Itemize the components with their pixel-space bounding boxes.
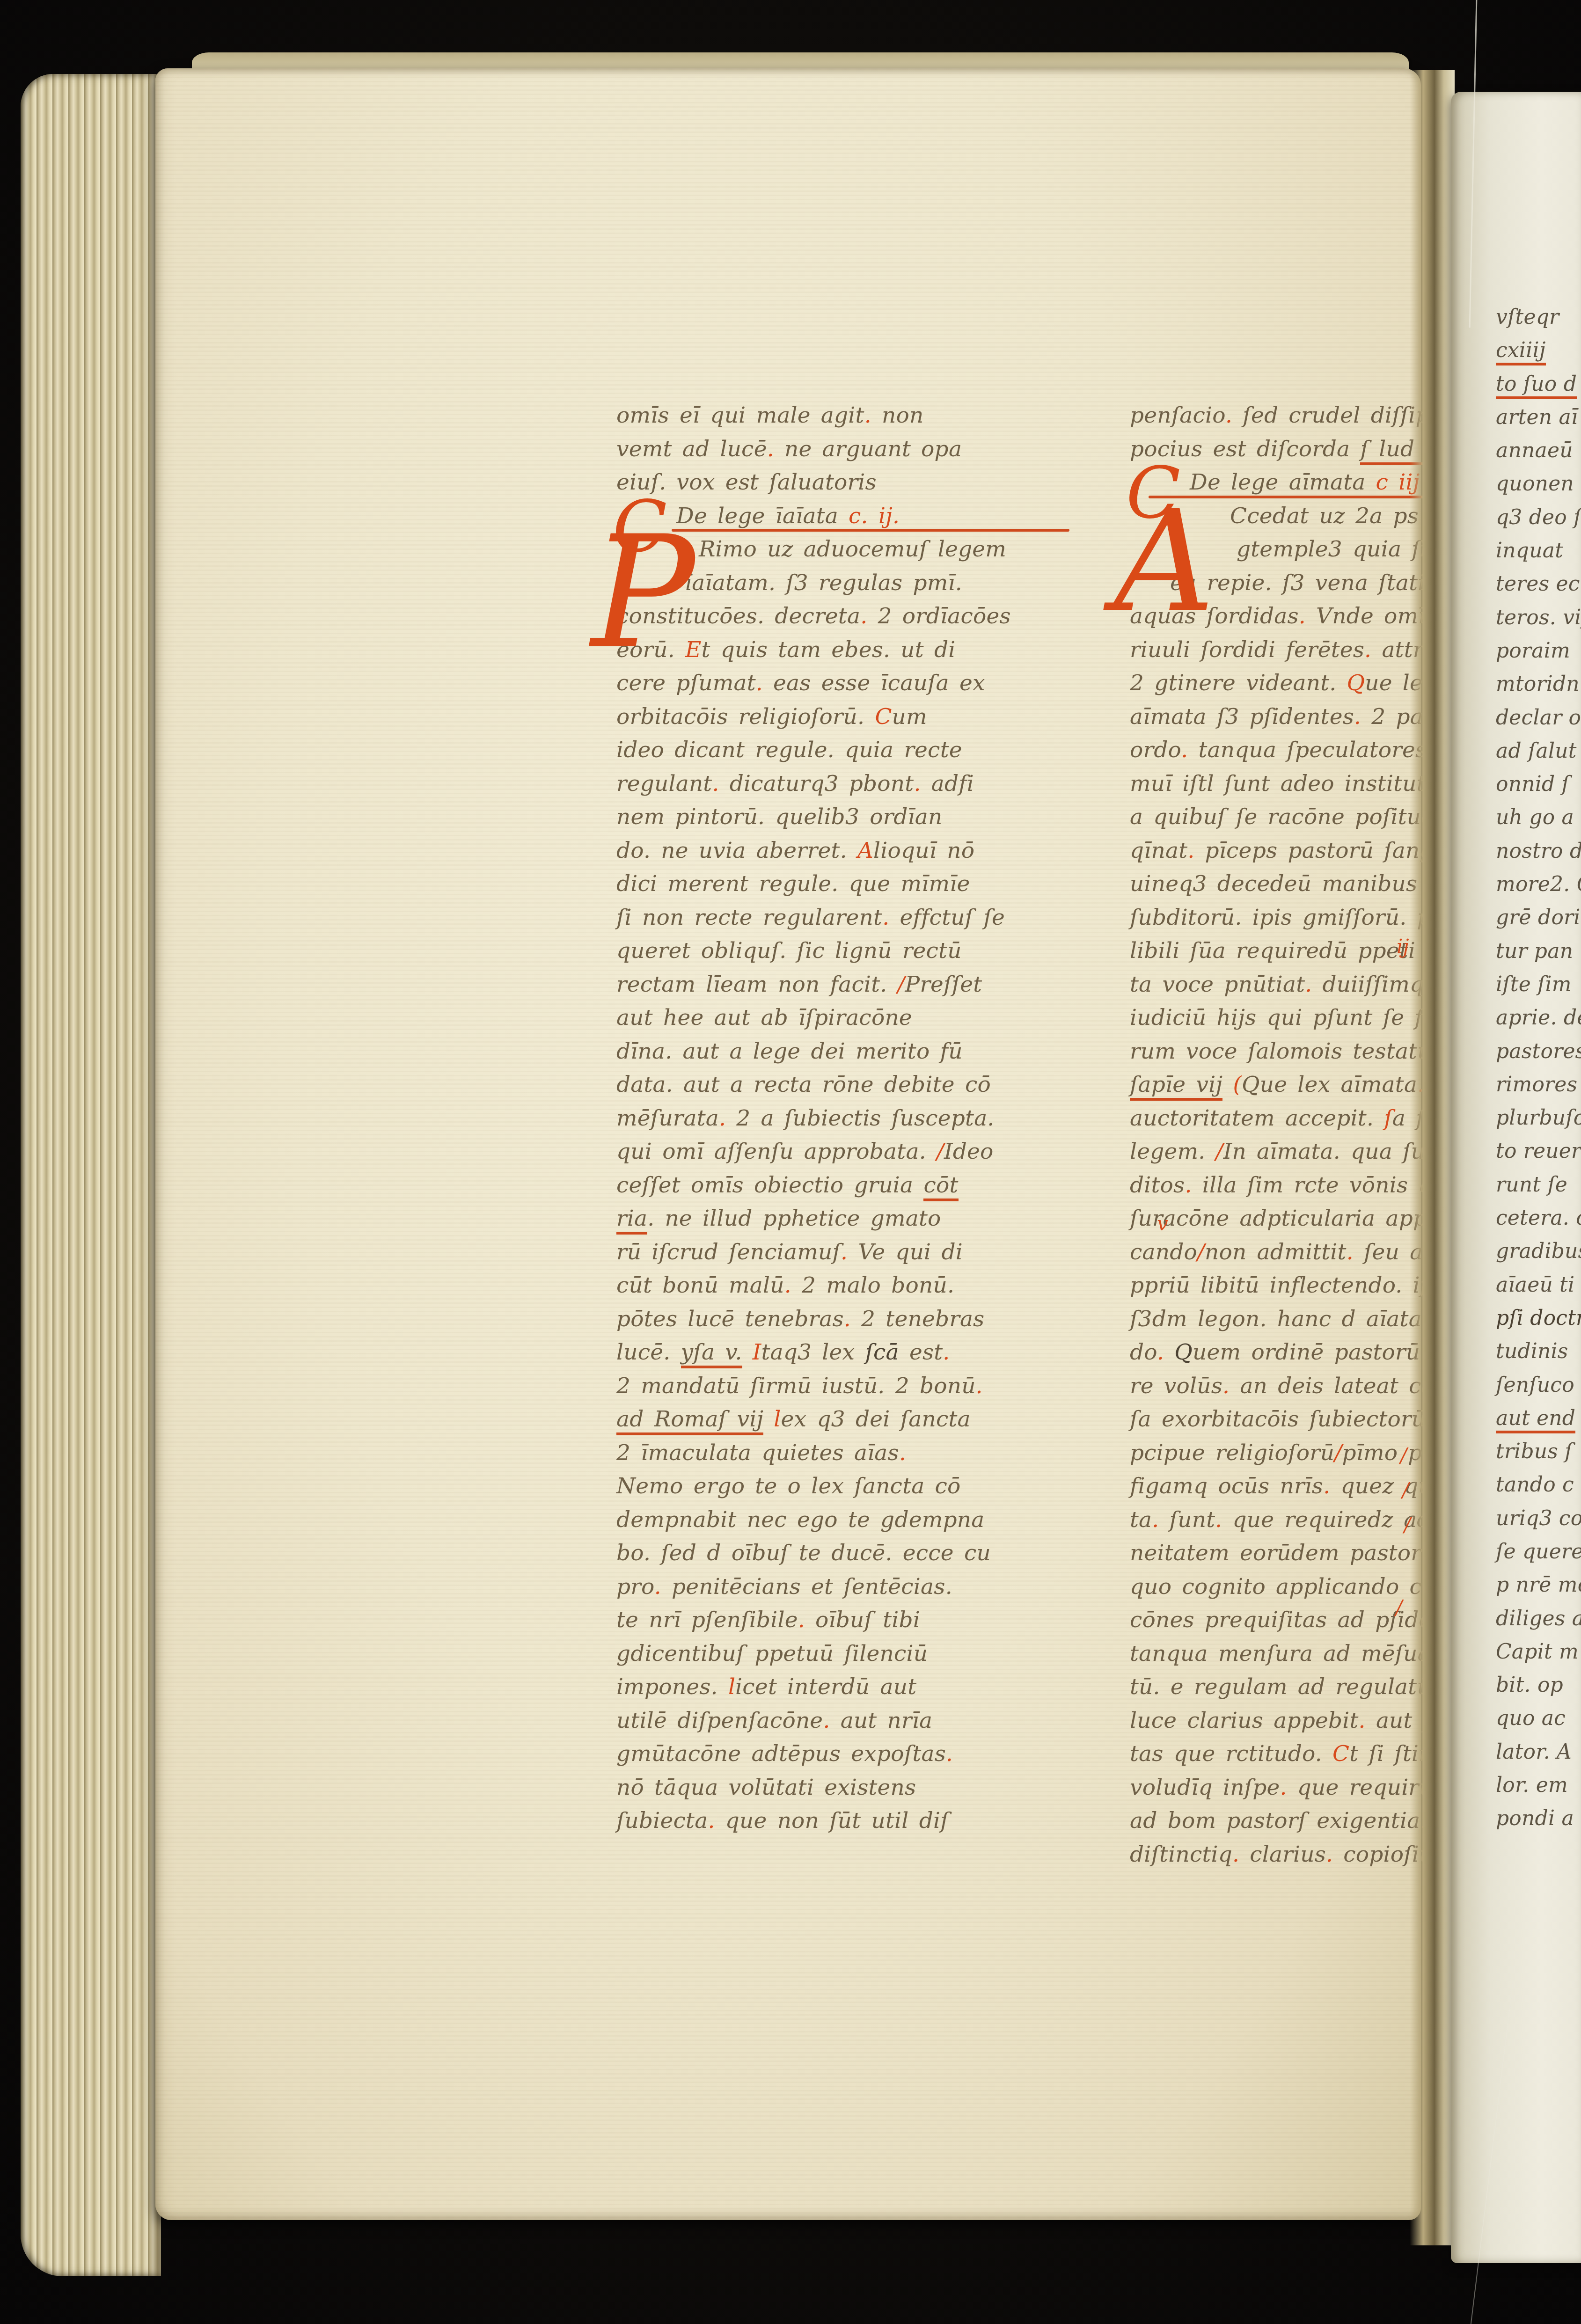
ink-text: mtoridn [1496,672,1580,696]
ink-text: gdicentibuſ ppetuū ſilenciū [616,1641,928,1666]
ink-text: bo. ſed d oībuſ te ducē. ecce cu [616,1540,991,1566]
ink-text: ſcā [865,1339,899,1365]
ink-text: aut nrīa [841,1708,933,1733]
rubric-text: . [1574,1373,1581,1397]
facing-page-line-fragment: to reuers [1496,1134,1581,1168]
ink-text: um [892,704,927,730]
rubric-text: . [708,1808,725,1834]
facing-page-line-fragment: nostro d [1496,834,1581,868]
rubric-text: . [1579,1640,1581,1664]
ink-text: vſteqr [1496,305,1559,329]
ink-text: effctuſ ſe [900,905,1005,930]
ink-text: re volūs [1130,1373,1222,1399]
ink-text: De lege īaīata [676,503,838,529]
facing-page-line-fragment: runt ſe [1496,1168,1581,1201]
facing-page-line-fragment: p nrē mō [1496,1568,1581,1601]
ink-text: t quis tam ebes. ut di [701,637,955,663]
ink-text: Rimo uz aduocemuſ legem [699,536,1006,562]
ink-text: 2 gtinere videant. [1130,670,1347,696]
rubric-text: . [844,1306,861,1332]
ink-text: declar oī [1496,706,1581,730]
ink-text: to reuers [1496,1139,1581,1163]
facing-page-line-fragment: onnid ſ [1496,767,1581,801]
manuscript-page: omīs eī qui male agit. nonvemt ad lucē. … [155,68,1421,2220]
rubric-text: . [1347,1239,1364,1265]
ink-text: ſa exorbitacōis ſubiectorū [1130,1406,1426,1432]
ink-text: pīceps pastorū ſang [1205,838,1434,863]
ink-text: Q [1174,1339,1193,1365]
ink-text: cōnes prequiſitas ad pſidens [1130,1607,1457,1633]
rubric-text: . [841,1239,858,1265]
ink-text: rū iſcrud ſenciamuſ [616,1239,841,1265]
facing-page-line-fragment: plurbuſo [1496,1101,1581,1134]
ink-text: ad ſalut [1496,739,1577,763]
manuscript-line: qui omī aſſenſu approbata. /Ideo [616,1135,1066,1169]
manuscript-line: data. aut a recta rōne debite cō [616,1068,1066,1102]
facing-page-line-fragment: lor. em [1496,1769,1581,1802]
facing-page-line-fragment: teres ec [1496,567,1581,600]
ink-text: quonen [1496,472,1574,496]
rubric-text: . [899,1440,906,1466]
ink-text: dici merent regule. que mīmīe [616,871,970,897]
facing-page-line-fragment: gradibus [1496,1235,1581,1268]
rubric-text: . [1185,1172,1202,1198]
ink-text: 2 mandatū ſirmū iustū. 2 bonū [616,1373,976,1399]
ink-text: omīs eī qui male agit [616,402,864,428]
rubric-text: / [1334,1440,1342,1466]
ink-text: lator. A [1496,1740,1572,1764]
ink-text: legem. [1130,1139,1216,1164]
ink-text: penſacio [1130,402,1225,428]
rubric-text: C [875,704,892,730]
ink-text: iudiciū hijs qui pſunt ſe fctu [1130,1005,1458,1030]
ink-text: rimores [1496,1073,1577,1096]
facing-page-line-fragment: quonen [1496,467,1581,500]
manuscript-line: nō tāqua volūtati existens [616,1771,1066,1805]
ink-text: ceſſet omīs obiectio gruia [616,1172,923,1198]
manuscript-line: lucē. yſa v. Itaq3 lex ſcā est. [616,1336,1066,1369]
ink-text: ſuracōne adpticularia appli [1130,1206,1442,1231]
manuscript-line: ideo dicant regule. quia recte [616,733,1066,767]
ink-text: 2 a ſubiectis ſuscepta. [736,1105,994,1131]
rubric-text [763,1406,774,1432]
facing-page-line-fragment: aut end [1496,1402,1581,1435]
ink-text: pōtes lucē tenebras [616,1306,844,1332]
ink-text: lioquī nō [873,838,974,863]
ink-text: te nrī pſenſibile [616,1607,798,1633]
ink-text: ſapīe vij [1130,1072,1222,1101]
ink-text: utilē diſpenſacōne [616,1708,823,1733]
facing-page-line-fragment: uriq3 co [1496,1502,1581,1535]
manuscript-line: bo. ſed d oībuſ te ducē. ecce cu [616,1536,1066,1570]
rubric-text: . [1280,1775,1297,1800]
ink-text: teros. viſ [1496,606,1581,629]
facing-page-line-fragment: mtoridn [1496,667,1581,701]
ink-text: to ſuo d [1496,372,1577,399]
ink-text: penitēcians et ſentēcias. [672,1574,952,1600]
ink-text: q3 deo ſ [1496,505,1581,529]
manuscript-line: vemt ad lucē. ne arguant opa [616,432,1066,466]
rubric-text: l [774,1406,781,1432]
manuscript-line: eiuſ. vox est ſaluatoris [616,466,1066,499]
ink-text: taq3 lex [761,1339,865,1365]
facing-page-text: vſteqrcxiiijto ſuo darten aīannaeūquonen… [1496,300,1581,1835]
ink-text: annaeū [1496,438,1573,462]
rubric-text: . [712,771,729,797]
ink-text: dīna. aut a lege dei merito fū [616,1038,963,1064]
manuscript-line: PRimo uz aduocemuſ legem [616,533,1066,566]
ink-text: diſtinctiq [1130,1842,1232,1867]
ink-text: rectam līeam non facit. [616,972,898,997]
ink-text: tribus ſ [1496,1440,1573,1463]
ink-text: plurbuſo [1496,1106,1581,1130]
ink-text: Ideo [944,1139,994,1164]
ink-text: bit. op [1496,1673,1563,1697]
rubric-text: ( [1233,1072,1242,1097]
ink-text: impones. [616,1674,728,1700]
ink-text: cūt bonū malū [616,1272,784,1298]
manuscript-line: ceſſet omīs obiectio gruia cōt [616,1169,1066,1202]
ink-text: iſte ſim [1496,972,1572,996]
facing-page-line-fragment: declar oī [1496,701,1581,734]
ink-text: poraim [1496,639,1570,663]
facing-page-line-fragment: pastores [1496,1035,1581,1068]
ink-text: gmūtacōne adtēpus expoſtas [616,1741,946,1767]
manuscript-line: regulant. dicaturq3 pbont. adfi [616,767,1066,801]
facing-page-line-fragment: bit. op [1496,1668,1581,1702]
ink-text: a quibuſ ſe racōne poſituem [1130,804,1455,830]
manuscript-line: Nemo ergo te o lex ſancta cō [616,1469,1066,1503]
ink-text: aīaeū ti [1496,1273,1574,1297]
rubricated-initial-A: A [1114,506,1215,618]
rubric-text: . [1222,1373,1240,1399]
ink-text: tudinis [1496,1339,1568,1363]
rubric-text: . [719,1105,736,1131]
rubric-text: . [784,1272,802,1298]
rubric-margin-mark: / [1404,1515,1411,1535]
rubric-text: . [1152,1507,1169,1533]
rubric-text: . [860,603,878,629]
ink-text: ſe quere [1496,1540,1581,1564]
ink-text: uriq3 co [1496,1506,1581,1530]
ink-text: neitatem eorūdem pastorū [1130,1540,1435,1566]
ink-text: ſunt [1170,1507,1215,1533]
ink-text: voludīq inſpe [1130,1775,1280,1800]
ink-text: aut hee aut ab īſpiracōne [616,1005,912,1030]
ink-text: ideo dicant regule. quia recte [616,737,962,763]
rubric-text: . [1215,1507,1232,1533]
ink-text: De lege aīmata [1190,469,1365,495]
rubric-text: . [976,1373,983,1399]
ink-text: Que lex aīmata [1242,1072,1417,1097]
ink-text: . ne illud pphetice gmato [647,1206,941,1231]
ink-text: figamq ocūs nrīs [1130,1473,1323,1499]
ink-text: tanqua menſura ad mēſua [1130,1641,1431,1666]
ink-text: arten aī [1496,405,1578,429]
page-edge-stack [21,74,161,2276]
ink-text: onnid ſ [1496,772,1569,796]
facing-page-line-fragment: more2. C . [1496,868,1581,901]
facing-page-line-fragment: tudinis [1496,1335,1581,1368]
ink-text: ſenſuco [1496,1373,1574,1397]
rubric-text: . [1354,704,1371,730]
manuscript-line: aut hee aut ab īſpiracōne [616,1001,1066,1035]
ink-text: qui omī aſſenſu approbata. [616,1139,937,1164]
ink-text: muī iſtl ſunt adeo instituti [1130,771,1433,797]
manuscript-line: nem pintorū. quelib3 ordīan [616,800,1066,834]
rubric-text: l [728,1674,735,1700]
manuscript-line: utilē diſpenſacōne. aut nrīa [616,1704,1066,1738]
manuscript-line: ſi non recte regularent. effctuſ ſe [616,901,1066,935]
ink-text: non [882,402,923,428]
rubric-text: c. ij. [838,503,900,529]
facing-page-line-fragment: cetera. c [1496,1201,1581,1235]
ink-text: cando [1130,1239,1197,1265]
ink-text: dicaturq3 pbont [730,771,914,797]
facing-page-line-fragment: tur pan [1496,935,1581,968]
ink-text: 2 tenebras [861,1306,984,1332]
facing-page-line-fragment: tando c [1496,1468,1581,1501]
ink-text: runt ſe [1496,1173,1567,1197]
gutter-fold [1410,70,1455,2245]
ink-text: do [1130,1339,1157,1365]
photo-backdrop: omīs eī qui male agit. nonvemt ad lucē. … [0,0,1581,2324]
manuscript-line: 2 īmaculata quietes aīas. [616,1436,1066,1470]
manuscript-line: dici merent regule. que mīmīe [616,867,1066,901]
ink-text: 2 īmaculata quietes aīas [616,1440,899,1466]
ink-text [742,1339,753,1365]
rubric-text: . [654,1574,672,1600]
ink-text: nō tāqua volūtati existens [616,1775,916,1800]
ink-text: mēſurata [616,1105,719,1131]
manuscript-line: te nrī pſenſibile. oībuſ tibi [616,1603,1066,1637]
facing-page-line-fragment: quo ac [1496,1702,1581,1735]
facing-page-line-fragment: poraim [1496,634,1581,667]
manuscript-line: rū iſcrud ſenciamuſ. Ve qui di [616,1235,1066,1269]
ink-text: cxiiij [1496,338,1546,365]
rubricated-initial-P: P [591,536,695,649]
manuscript-line: pro. penitēcians et ſentēcias. [616,1570,1066,1604]
manuscript-line: cūt bonū malū. 2 malo bonū. [616,1269,1066,1302]
rubric-text: . [767,436,784,462]
manuscript-line: gmūtacōne adtēpus expoſtas. [616,1737,1066,1771]
manuscript-line: orbitacōis religioſorū. Cum [616,700,1066,734]
rubric-text: . [1232,1842,1250,1867]
ink-text: ad bom pastorſ exigentia [1130,1808,1420,1834]
ink-text: 2 ordīacōes [878,603,1011,629]
ink-text: ſi non recte regularent [616,905,882,930]
rubric-text: . [1181,737,1198,763]
manuscript-line: pōtes lucē tenebras. 2 tenebras [616,1302,1066,1336]
rubric-text: . [1359,1708,1376,1733]
rubric-text: C [1332,1741,1349,1767]
ink-text [1222,1072,1233,1097]
ink-text: yſa v. [681,1339,742,1368]
ink-text: ad Romaſ vij [616,1406,763,1435]
facing-page-line-fragment: to ſuo d [1496,367,1581,401]
rubric-text: . [1326,1842,1343,1867]
rubric-text: . [756,670,773,696]
rubric-text: ſ [1384,1105,1392,1131]
ink-text: queret obliquſ. ſic lignū rectū [616,938,962,964]
ink-text: pondi a [1496,1806,1574,1830]
ink-text: do. ne uvia aberret. [616,838,857,863]
ink-text: ſubiecta [616,1808,708,1834]
ink-text: non admittit [1205,1239,1347,1265]
ink-text: nem pintorū. quelib3 ordīan [616,804,943,830]
ink-text: īaīatam. ſ3 regulas pmī. [685,570,962,596]
ink-text: est [899,1339,943,1365]
facing-page-line-fragment: iſte ſim [1496,968,1581,1001]
ink-text: Capit m [1496,1640,1579,1664]
rubric-text: . [882,905,900,930]
manuscript-line: queret obliquſ. ſic lignū rectū [616,934,1066,968]
rubric-text: I [753,1339,761,1365]
ink-text: qīnat [1130,838,1187,863]
facing-page-line-fragment: cxiiij [1496,334,1581,367]
manuscript-line: dempnabit nec ego te gdempna [616,1503,1066,1537]
rubric-text: . [1299,603,1316,629]
ink-text: eas esse īcauſa ex [773,670,985,696]
manuscript-line: 2 mandatū ſirmū iustū. 2 bonū. [616,1369,1066,1403]
ink-text: ria [616,1206,647,1235]
facing-page-line-fragment: teros. viſ [1496,601,1581,634]
manuscript-line: ſubiecta. que non ſūt util diſ [616,1804,1066,1838]
ink-text: vemt ad lucē [616,436,767,462]
rubric-text: / [1197,1239,1205,1265]
ink-text: rum voce ſalomois testatur [1130,1038,1442,1064]
facing-page-line-fragment: diliges a [1496,1602,1581,1635]
manuscript-line: ad Romaſ vij lex q3 dei ſancta [616,1403,1066,1436]
ink-text: data. aut a recta rōne debite cō [616,1072,991,1097]
ink-text: Preſſet [905,972,982,997]
facing-page-line-fragment: rimores [1496,1068,1581,1101]
facing-page-line-fragment: aīaeū ti [1496,1268,1581,1301]
ink-text: dempnabit nec ego te gdempna [616,1507,984,1533]
rubric-margin-mark: v [1157,1214,1168,1234]
ink-text: ta [1130,1507,1152,1533]
facing-page-edge: vſteqrcxiiijto ſuo darten aīannaeūquonen… [1451,92,1581,2263]
ink-text: cetera. c [1496,1206,1581,1230]
rubric-margin-mark: ij [1397,937,1409,957]
facing-page-line-fragment: Capit m . [1496,1635,1581,1668]
ink-text: pſi doctr [1496,1306,1581,1330]
rubric-text: . [943,1339,950,1365]
ink-text: cōt [923,1172,958,1201]
ink-text: grē dori [1496,906,1581,929]
rubric-text: . [1225,402,1243,428]
manuscript-line: dīna. aut a lege dei merito fū [616,1035,1066,1068]
ink-text: lucē. [616,1339,681,1365]
ink-text: pro [616,1574,654,1600]
ink-text: tas que rctitudo. [1130,1741,1332,1767]
ink-text: ditos [1130,1172,1185,1198]
ink-text: diliges a [1496,1607,1581,1630]
rubric-text: . [914,771,931,797]
manuscript-line: do. ne uvia aberret. Alioquī nō [616,834,1066,868]
ink-text: pastores [1496,1039,1581,1063]
ink-text: aīmata ſ3 pſidentes [1130,704,1354,730]
facing-page-line-fragment: grē dori [1496,901,1581,934]
ink-text: quo ac [1496,1706,1566,1730]
ink-text: ta voce pnūtiat [1130,972,1305,997]
ink-text: nostro d [1496,839,1581,863]
facing-page-line-fragment: tribus ſ [1496,1435,1581,1468]
facing-page-line-fragment: ad ſalut [1496,734,1581,767]
facing-page-line-fragment: pſi doctr [1496,1301,1581,1335]
rubric-margin-mark: / [1400,1446,1407,1465]
ink-text: auctoritatem accepit. [1130,1105,1384,1131]
facing-page-line-fragment: aprie. de [1496,1001,1581,1034]
ink-text: teres ec [1496,572,1580,596]
ink-text: Ve qui di [858,1239,963,1265]
rubric-text: . [798,1607,815,1633]
rubric-rule [672,529,1069,532]
ink-text: inquat [1496,539,1563,563]
ink-text: 2 malo bonū. [802,1272,954,1298]
ink-text: pcipue religioſorū [1130,1440,1334,1466]
facing-page-line-fragment: q3 deo ſ [1496,501,1581,534]
rubric-text: . [1187,838,1205,863]
facing-page-line-fragment: annaeū [1496,434,1581,467]
rubric-text: . [823,1708,840,1733]
rubric-text: / [937,1139,944,1164]
rubric-text: / [898,972,905,997]
rubric-text: Q [1347,670,1365,696]
rubric-text: . [1364,637,1382,663]
facing-page-line-fragment: lator. A [1496,1735,1581,1769]
manuscript-line: mēſurata. 2 a ſubiectis ſuscepta. [616,1102,1066,1135]
ink-text: aut end [1496,1406,1575,1433]
manuscript-line: ria. ne illud pphetice gmato [616,1202,1066,1235]
ink-text: icet interdū aut [735,1674,916,1700]
facing-page-line-fragment: uh go a [1496,801,1581,834]
ink-text: orbitacōis religioſorū. [616,704,875,730]
manuscript-line: rectam līeam non facit. /Preſſet [616,968,1066,1001]
rubric-text: . [946,1741,953,1767]
ink-text: clarius [1250,1842,1326,1867]
rubric-text: / [1216,1139,1223,1164]
rubric-margin-mark: / [1402,1480,1409,1500]
facing-page-line-fragment: arten aī [1496,401,1581,434]
rubric-text: . [1323,1473,1340,1499]
ink-text: uh go a [1496,805,1574,829]
rubric-text: A [857,838,873,863]
ink-text: que non ſūt util diſ [725,1808,949,1834]
facing-page-line-fragment: vſteqr [1496,300,1581,334]
manuscript-line: omīs eī qui male agit. non [616,399,1066,432]
text-column-left: omīs eī qui male agit. nonvemt ad lucē. … [616,399,1066,1838]
ink-text: aprie. de [1496,1006,1581,1030]
rubric-text: . [1305,972,1322,997]
ink-text: more2. C [1496,872,1581,896]
ink-text: gradibus [1496,1239,1581,1263]
ink-text: tur pan [1496,939,1573,963]
facing-page-line-fragment: ſenſuco . [1496,1368,1581,1402]
ink-text: tū. e regulam ad regulatū [1130,1674,1431,1700]
facing-page-line-fragment: pondi a [1496,1802,1581,1835]
ink-text: oībuſ tibi [815,1607,920,1633]
ink-text: ex q3 dei ſancta [781,1406,971,1432]
ink-text: libili ſūa requiredū ppeti [1130,938,1415,964]
facing-page-line-fragment: inquat [1496,534,1581,567]
ink-text: Nemo ergo te o lex ſancta cō [616,1473,961,1499]
manuscript-line: gdicentibuſ ppetuū ſilenciū [616,1637,1066,1671]
ink-text: luce clarius appebit [1130,1708,1359,1733]
ink-text: tando c [1496,1473,1574,1497]
facing-page-line-fragment: ſe quere [1496,1535,1581,1568]
ink-text: lor. em [1496,1773,1568,1797]
